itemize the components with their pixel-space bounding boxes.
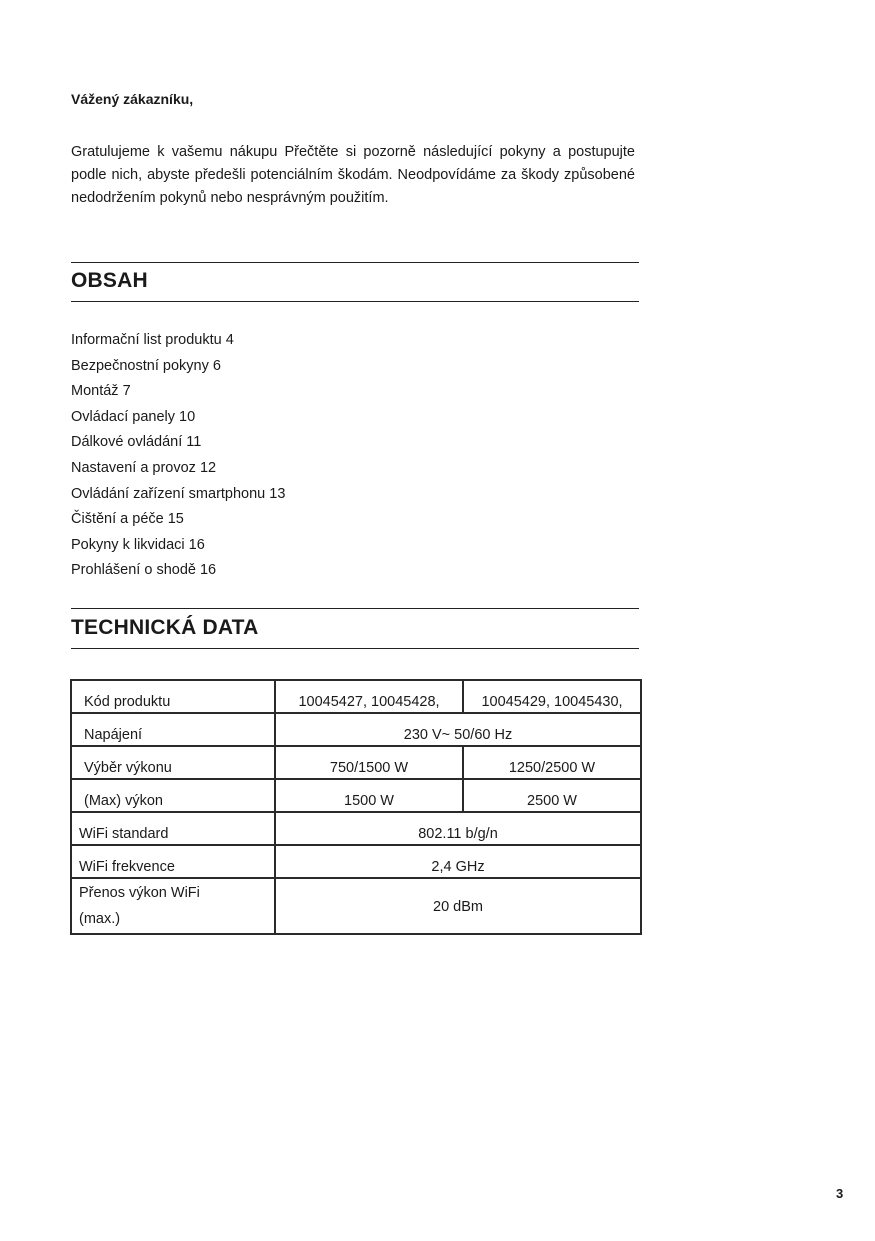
toc-item[interactable]: Montáž 7 xyxy=(71,380,285,406)
toc-item[interactable]: Informační list produktu 4 xyxy=(71,329,285,355)
divider xyxy=(71,301,639,302)
row-label-line: (max.) xyxy=(79,906,274,932)
row-label: Výběr výkonu xyxy=(71,746,275,779)
table-row: Napájení 230 V~ 50/60 Hz xyxy=(71,713,641,746)
toc-item[interactable]: Čištění a péče 15 xyxy=(71,508,285,534)
toc-item[interactable]: Ovládací panely 10 xyxy=(71,406,285,432)
cell-value: 2500 W xyxy=(463,779,641,812)
cell-value: 20 dBm xyxy=(275,878,641,934)
table-row: WiFi frekvence 2,4 GHz xyxy=(71,845,641,878)
divider xyxy=(71,262,639,263)
intro-paragraph: Gratulujeme k vašemu nákupu Přečtěte si … xyxy=(71,141,635,210)
toc-item[interactable]: Bezpečnostní pokyny 6 xyxy=(71,355,285,381)
row-label: (Max) výkon xyxy=(71,779,275,812)
cell-value: 2,4 GHz xyxy=(275,845,641,878)
table-row: Přenos výkon WiFi (max.) 20 dBm xyxy=(71,878,641,934)
table-row: Kód produktu 10045427, 10045428, 1004542… xyxy=(71,680,641,713)
toc-item[interactable]: Pokyny k likvidaci 16 xyxy=(71,534,285,560)
toc-item[interactable]: Nastavení a provoz 12 xyxy=(71,457,285,483)
table-row: Výběr výkonu 750/1500 W 1250/2500 W xyxy=(71,746,641,779)
cell-value: 10045427, 10045428, xyxy=(275,680,463,713)
row-label-line: Přenos výkon WiFi xyxy=(79,880,274,906)
row-label: WiFi frekvence xyxy=(71,845,275,878)
contents-title: OBSAH xyxy=(71,269,148,293)
cell-value: 802.11 b/g/n xyxy=(275,812,641,845)
row-label: Napájení xyxy=(71,713,275,746)
technical-data-table: Kód produktu 10045427, 10045428, 1004542… xyxy=(70,679,642,935)
row-label: Přenos výkon WiFi (max.) xyxy=(71,878,275,934)
table-row: (Max) výkon 1500 W 2500 W xyxy=(71,779,641,812)
cell-value: 10045429, 10045430, xyxy=(463,680,641,713)
page-number: 3 xyxy=(836,1186,843,1201)
cell-value: 750/1500 W xyxy=(275,746,463,779)
row-label: Kód produktu xyxy=(71,680,275,713)
row-label: WiFi standard xyxy=(71,812,275,845)
table-of-contents: Informační list produktu 4 Bezpečnostní … xyxy=(71,329,285,585)
cell-value: 1250/2500 W xyxy=(463,746,641,779)
divider xyxy=(71,648,639,649)
greeting: Vážený zákazníku, xyxy=(71,91,193,107)
technical-title: TECHNICKÁ DATA xyxy=(71,616,259,640)
toc-item[interactable]: Ovládání zařízení smartphonu 13 xyxy=(71,483,285,509)
cell-value: 230 V~ 50/60 Hz xyxy=(275,713,641,746)
toc-item[interactable]: Prohlášení o shodě 16 xyxy=(71,559,285,585)
divider xyxy=(71,608,639,609)
toc-item[interactable]: Dálkové ovládání 11 xyxy=(71,431,285,457)
table-row: WiFi standard 802.11 b/g/n xyxy=(71,812,641,845)
cell-value: 1500 W xyxy=(275,779,463,812)
